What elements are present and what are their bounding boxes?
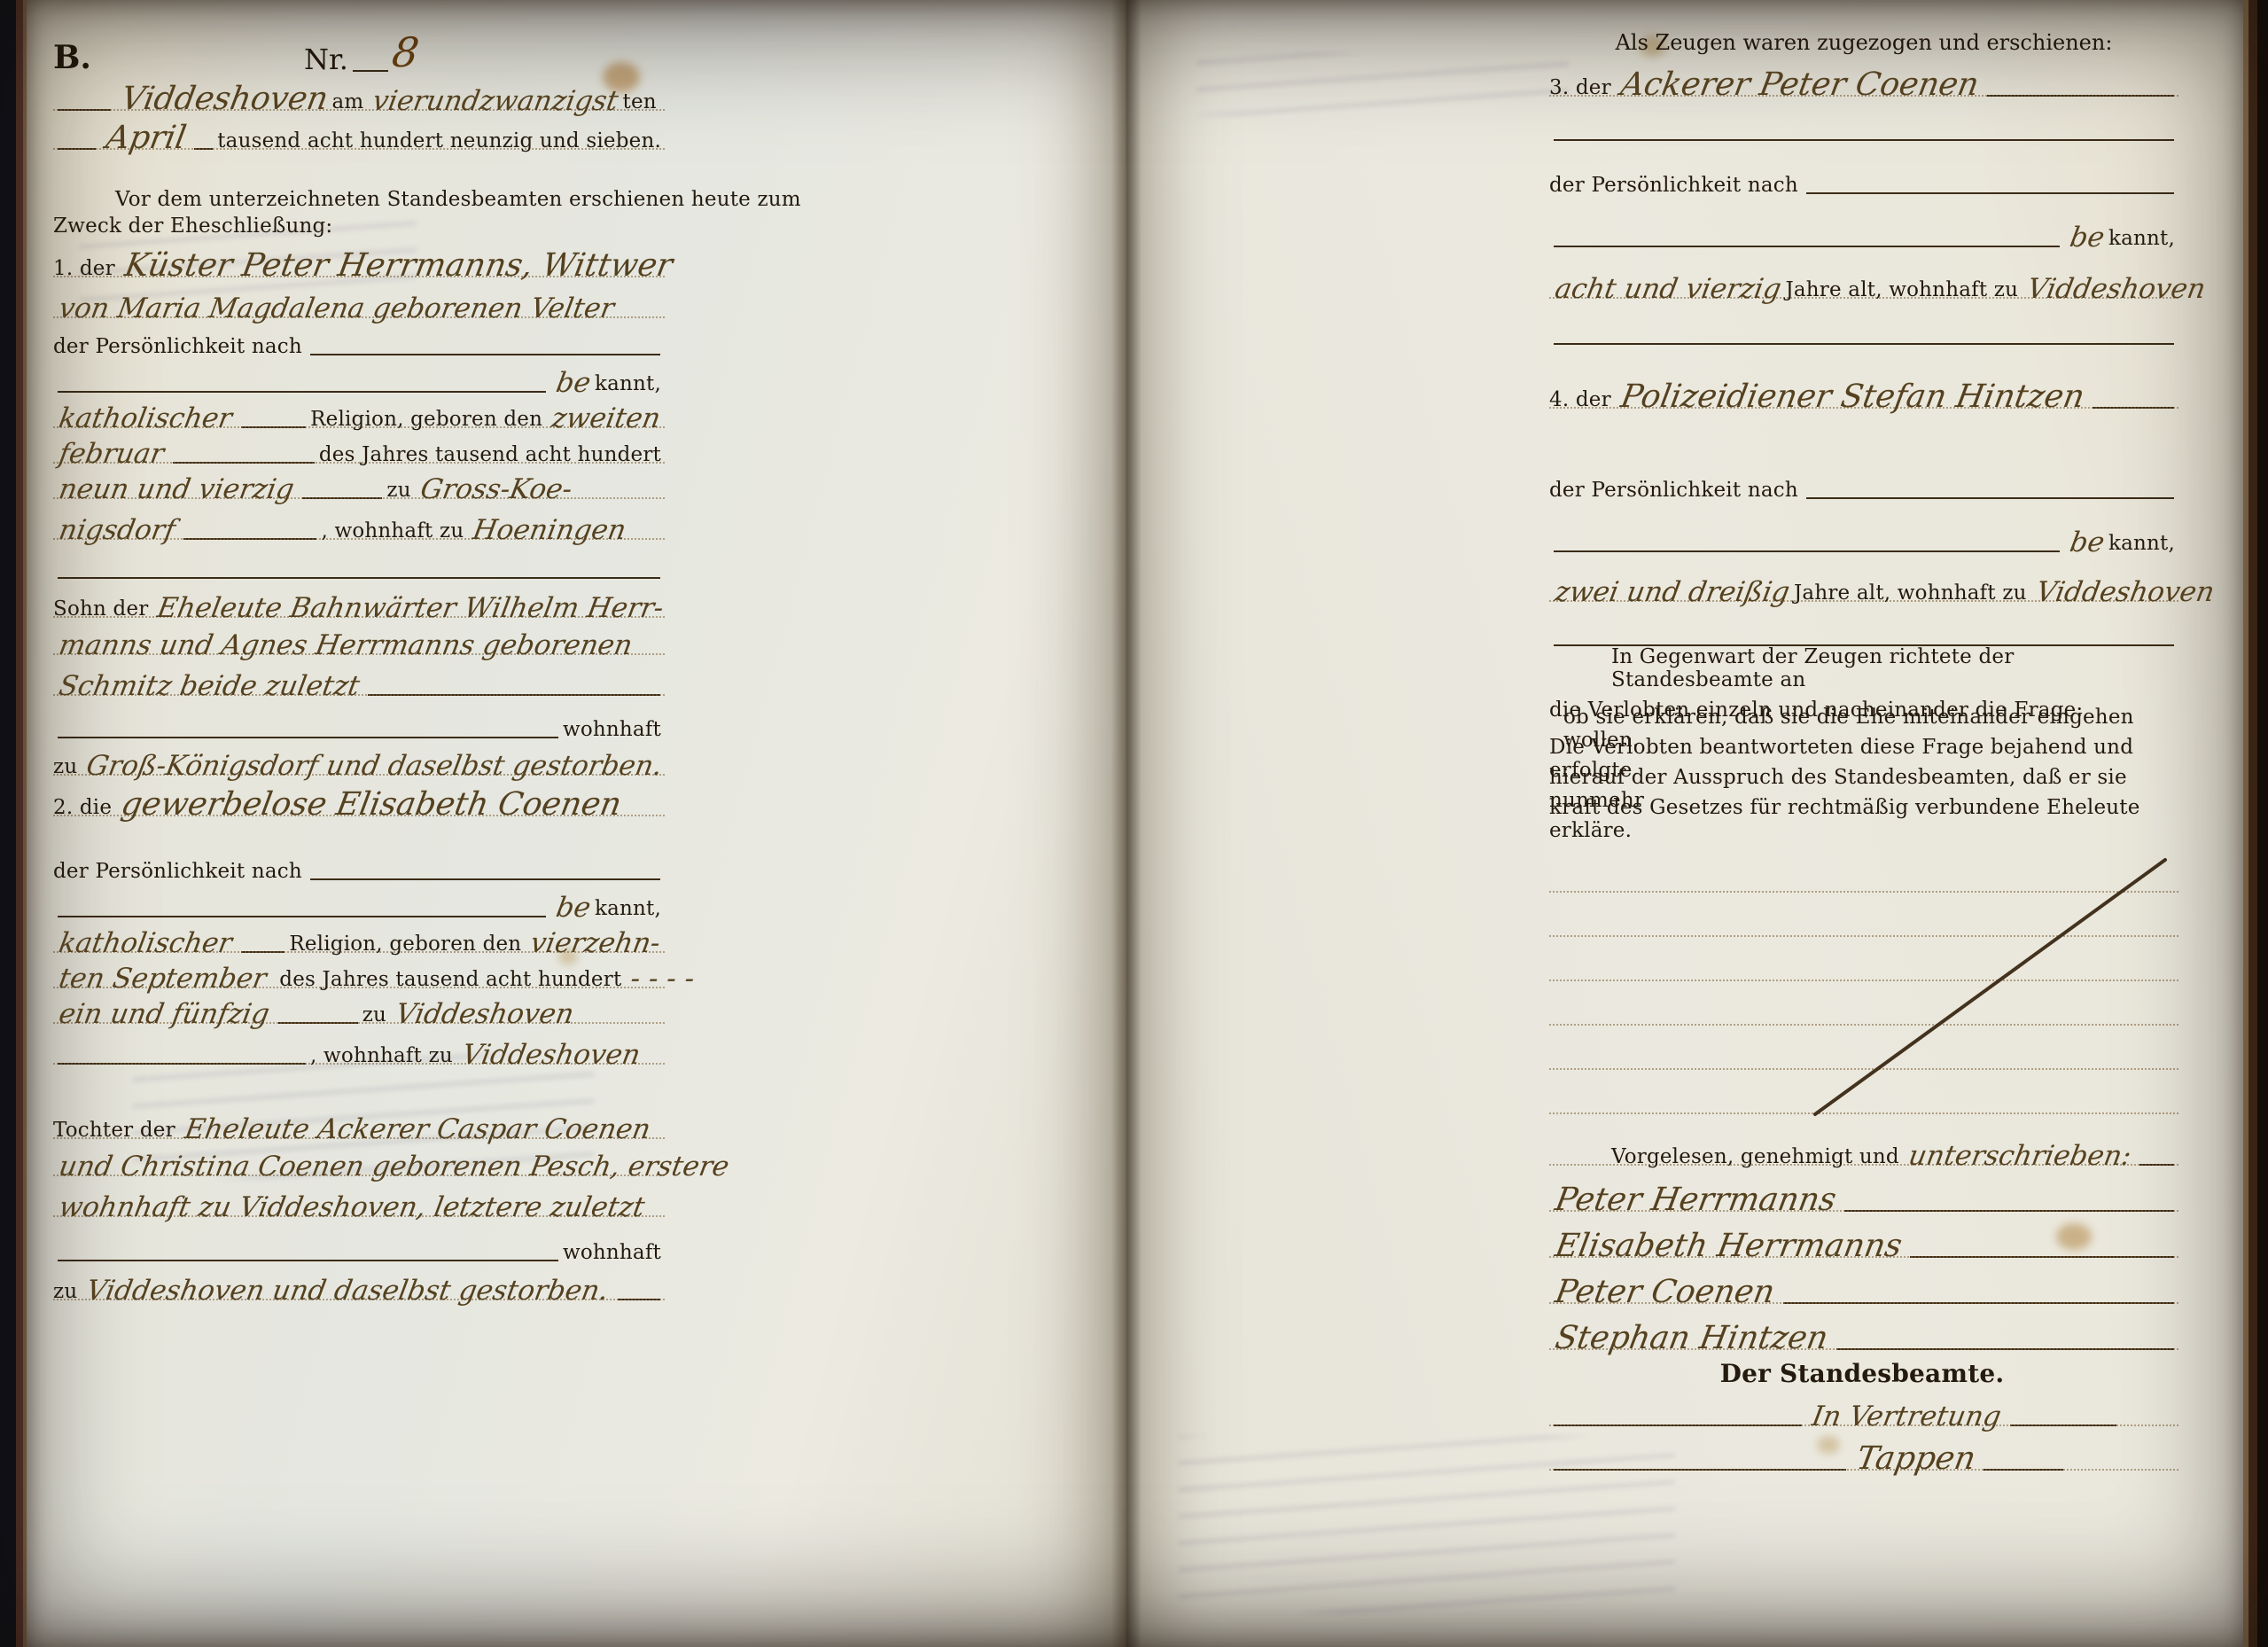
be-written: be: [2064, 530, 2114, 557]
closing-row: Vorgelesen, genehmigt und unterschrieben…: [1549, 1128, 2178, 1170]
registrar-signature: Tappen: [1851, 1444, 1984, 1475]
bride-parents1: Eheleute Ackerer Caspar Coenen: [179, 1117, 659, 1144]
bride-prefix: 2. die: [53, 796, 115, 821]
wohnhaft-row: wohnhaft: [53, 707, 665, 743]
groom-birth-day: zweiten: [546, 406, 669, 433]
witness3-name: Ackerer Peter Coenen: [1615, 70, 1988, 101]
groom-name-row: 1. der Küster Peter Herrmanns, Wittwer: [53, 239, 665, 282]
groom-birthplace: Gross-Koe-: [415, 477, 581, 503]
religion-row: katholischer Religion, geboren den zweit…: [53, 397, 665, 433]
gutter-crease: [1111, 0, 1142, 1647]
identity-row: der Persönlichkeit nach: [1549, 463, 2178, 503]
witness4-name-row: 4. der Polizeidiener Stefan Hintzen: [1549, 367, 2178, 413]
bride-residence-row: , wohnhaft zu Viddeshoven: [53, 1028, 665, 1069]
bride-name-row: 2. die gewerbelose Elisabeth Coenen: [53, 780, 665, 821]
religion-row: katholischer Religion, geboren den vierz…: [53, 922, 665, 957]
groom-birth-month: februar: [53, 441, 173, 468]
groom-residence: Hoeningen: [467, 518, 635, 544]
blank-row: [53, 553, 665, 583]
number-label: Nr.: [304, 43, 348, 76]
groom-late-wife: von Maria Magdalena geborenen Velter: [53, 296, 623, 323]
identity-row: der Persönlichkeit nach: [53, 847, 665, 885]
signature-row: Elisabeth Herrmanns: [1549, 1216, 2178, 1262]
cancelled-blank-block: [1549, 853, 2178, 1119]
groom-birthplace2: nigsdorf: [53, 518, 184, 544]
registrar-signature-row: Tappen: [1549, 1431, 2178, 1475]
birthplace-row: nigsdorf , wohnhaft zu Hoeningen: [53, 503, 665, 544]
bride-parents-row3: wohnhaft zu Viddeshoven, letztere zuletz…: [53, 1181, 665, 1222]
blank-dotted-row: [1549, 897, 2178, 941]
blank-row: [1549, 317, 2178, 349]
declaration-line: kraft des Gesetzes für rechtmäßig verbun…: [1549, 796, 2178, 844]
witness3-age: acht und vierzig: [1549, 277, 1790, 303]
bride-name: gewerbelose Elisabeth Coenen: [115, 790, 631, 821]
ten-suffix: ten: [623, 90, 660, 115]
registration-month: April: [100, 123, 195, 154]
bride-birth-day: vierzehn-: [525, 931, 669, 957]
groom-name-row2: von Maria Magdalena geborenen Velter: [53, 282, 665, 323]
blank-row: [1549, 113, 2178, 145]
am-label: am: [331, 90, 367, 115]
deputy-row: In Vertretung: [1549, 1390, 2178, 1431]
intro-line: Zweck der Eheschließung:: [53, 213, 665, 239]
identity-row2: be kannt,: [1549, 516, 2178, 557]
witness4-age: zwei und dreißig: [1549, 580, 1798, 606]
registrar-title-row: Der Standesbeamte.: [1549, 1354, 2178, 1390]
signature-row: Peter Herrmanns: [1549, 1170, 2178, 1216]
groom-parents-residence: Groß-Königsdorf und daselbst gestorben.: [81, 753, 671, 780]
witnesses-header-row: Als Zeugen waren zugezogen und erschiene…: [1549, 23, 2178, 55]
bride-parents-row: Tochter der Eheleute Ackerer Caspar Coen…: [53, 1105, 665, 1144]
groom-parents-row: Sohn der Eheleute Bahnwärter Wilhelm Her…: [53, 583, 665, 622]
book-spread: B. Nr. 8 Viddeshoven am vierundzwanzigst…: [0, 0, 2268, 1647]
signature-groom: Peter Herrmanns: [1549, 1185, 1845, 1216]
bride-residence: Viddeshoven: [456, 1042, 650, 1069]
registration-day: vierundzwanzigst: [367, 89, 627, 115]
record-number: 8: [389, 28, 422, 76]
blank-dotted-row: [1549, 986, 2178, 1030]
bride-parents3: wohnhaft zu Viddeshoven, letztere zuletz…: [53, 1195, 653, 1222]
birth-year-row: neun und vierzig zu Gross-Koe-: [53, 468, 665, 503]
signature-witness3: Peter Coenen: [1549, 1277, 1784, 1308]
witness3-residence: Viddeshoven: [2022, 277, 2215, 303]
bride-parents-row2: und Christina Coenen geborenen Pesch, er…: [53, 1144, 665, 1181]
birth-month-row: ten September des Jahres tausend acht hu…: [53, 957, 665, 993]
signature-row: Peter Coenen: [1549, 1262, 2178, 1308]
witness4-age-row: zwei und dreißig Jahre alt, wohnhaft zu …: [1549, 564, 2178, 606]
deputy-note: In Vertretung: [1806, 1404, 2010, 1431]
groom-parents1: Eheleute Bahnwärter Wilhelm Herr-: [152, 596, 673, 622]
groom-prefix: 1. der: [53, 257, 119, 282]
witness4-residence: Viddeshoven: [2030, 580, 2224, 606]
bride-parents-residence: Viddeshoven und daselbst gestorben.: [81, 1278, 618, 1305]
groom-parents-row2: manns und Agnes Herrmanns geborenen: [53, 622, 665, 660]
witnesses-header: Als Zeugen waren zugezogen und erschiene…: [1616, 30, 2113, 55]
witness3-age-row: acht und vierzig Jahre alt, wohnhaft zu …: [1549, 261, 2178, 303]
witness4-name: Polizeidiener Stefan Hintzen: [1615, 382, 2093, 413]
identity-row2: be kannt,: [53, 885, 665, 922]
groom-name: Küster Peter Herrmanns, Wittwer: [119, 251, 682, 282]
birth-month-row: februar des Jahres tausend acht hundert: [53, 433, 665, 468]
groom-parents-row3: Schmitz beide zuletzt: [53, 660, 665, 700]
registration-year-text: tausend acht hundert neunzig und sieben.: [217, 129, 665, 154]
bride-parents2: und Christina Coenen geborenen Pesch, er…: [53, 1154, 738, 1181]
witness4-prefix: 4. der: [1549, 388, 1615, 413]
registration-place: Viddeshoven: [115, 84, 338, 115]
birth-year-row: ein und fünfzig zu Viddeshoven: [53, 993, 665, 1028]
month-year-row: April tausend acht hundert neunzig und s…: [53, 115, 665, 154]
place-date-row: Viddeshoven am vierundzwanzigst ten: [53, 76, 665, 115]
groom-birth-year: neun und vierzig: [53, 477, 303, 503]
witness3-name-row: 3. der Ackerer Peter Coenen: [1549, 55, 2178, 101]
identity-row: der Persönlichkeit nach: [53, 323, 665, 360]
identity-row2: be kannt,: [1549, 211, 2178, 252]
right-form-column: Als Zeugen waren zugezogen und erschiene…: [1549, 23, 2178, 1475]
be-written: be: [550, 371, 600, 397]
witness3-prefix: 3. der: [1549, 76, 1615, 101]
groom-parents2: manns und Agnes Herrmanns geborenen: [53, 633, 642, 660]
groom-parents3: Schmitz beide zuletzt: [53, 674, 369, 700]
bride-religion: katholischer: [53, 931, 241, 957]
bride-birthplace: Viddeshoven: [390, 1002, 583, 1028]
wohnhaft-row: wohnhaft: [53, 1230, 665, 1266]
blank-dotted-row: [1549, 1030, 2178, 1074]
blank-dotted-row: [1549, 1074, 2178, 1119]
groom-religion: katholischer: [53, 406, 241, 433]
declaration-paragraph: In Gegenwart der Zeugen richtete der Sta…: [1549, 663, 2178, 844]
signature-witness4: Stephan Hintzen: [1549, 1323, 1837, 1354]
signature-row: Stephan Hintzen: [1549, 1308, 2178, 1354]
bride-parents-residence-row: zu Viddeshoven und daselbst gestorben.: [53, 1266, 665, 1305]
registrar-title: Der Standesbeamte.: [1720, 1359, 2008, 1390]
declaration-line: In Gegenwart der Zeugen richtete der Sta…: [1549, 645, 2178, 693]
be-written: be: [550, 895, 600, 922]
groom-parents-residence-row: zu Groß-Königsdorf und daselbst gestorbe…: [53, 743, 665, 780]
bride-birth-month: ten September: [53, 966, 276, 993]
closing-written: unterschrieben:: [1903, 1144, 2140, 1170]
book-binding: [0, 0, 27, 1647]
intro-line: Vor dem unterzeichneten Standesbeamten e…: [53, 186, 665, 213]
section-letter: B.: [53, 39, 91, 76]
blank-dotted-row: [1549, 853, 2178, 897]
identity-row2: be kannt,: [53, 360, 665, 397]
left-form-column: B. Nr. 8 Viddeshoven am vierundzwanzigst…: [53, 30, 665, 1305]
signature-bride: Elisabeth Herrmanns: [1549, 1231, 1911, 1262]
left-header-row: B. Nr. 8: [53, 30, 665, 76]
year-dashes: - - - -: [625, 966, 704, 993]
page-edges: [2243, 0, 2268, 1647]
identity-row: der Persönlichkeit nach: [1549, 158, 2178, 199]
bride-birth-year: ein und fünfzig: [53, 1002, 278, 1028]
blank-dotted-row: [1549, 941, 2178, 986]
be-written: be: [2064, 225, 2114, 252]
